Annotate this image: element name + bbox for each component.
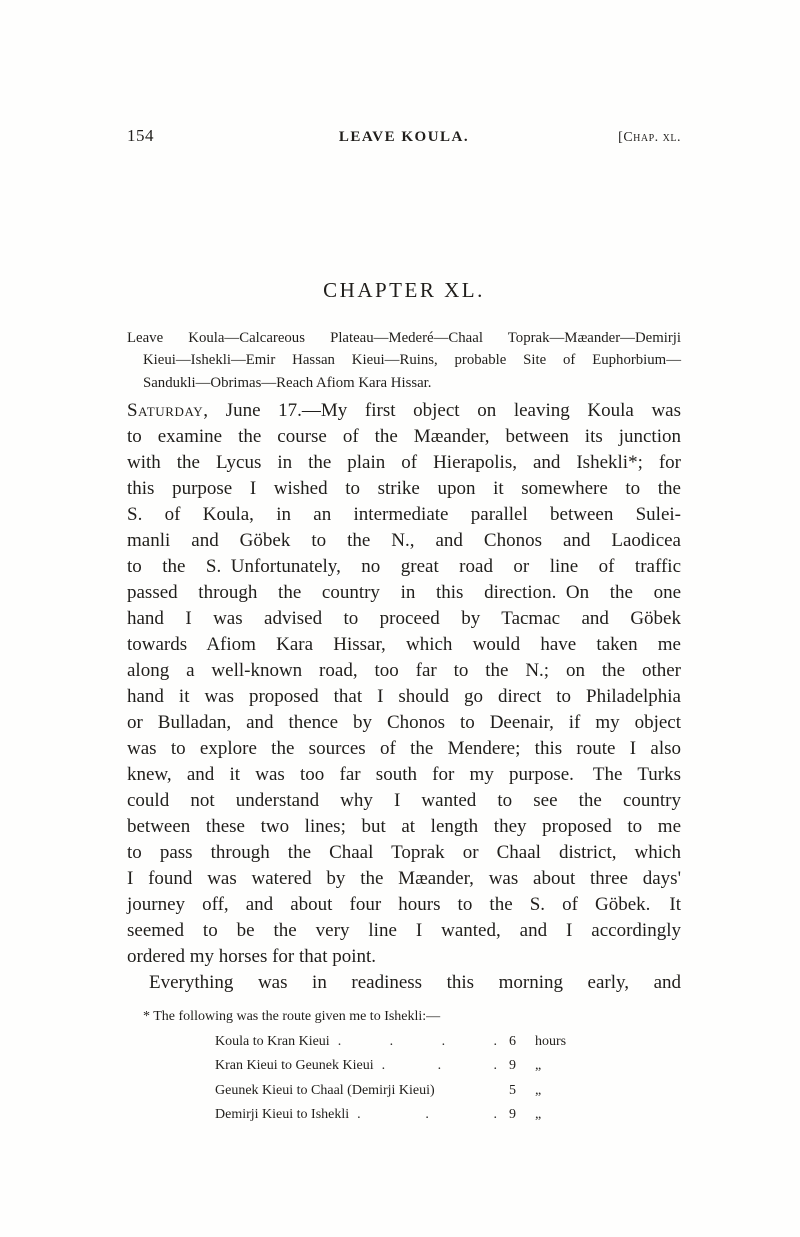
dot-leader: . . . xyxy=(349,1103,509,1128)
body-line: could not understand why I wanted to see… xyxy=(127,788,681,814)
paragraph-1-lines: to examine the course of the Mæander, be… xyxy=(127,424,681,970)
paragraph-2: Everything was in readiness this morning… xyxy=(127,970,681,996)
route-hours-value: 9 xyxy=(509,1054,535,1079)
footnote: * The following was the route given me t… xyxy=(127,1005,681,1128)
route-row: Demirji Kieui to Ishekli . . . 9 „ xyxy=(215,1103,587,1128)
dateline-smallcaps: Saturday xyxy=(127,400,203,421)
summary-line: Leave Koula—Calcareous Plateau—Mederé—Ch… xyxy=(127,327,681,349)
body-line: passed through the country in this direc… xyxy=(127,580,681,606)
footnote-intro: * The following was the route given me t… xyxy=(143,1005,681,1030)
book-page: 154 LEAVE KOULA. [Chap. xl. CHAPTER XL. … xyxy=(0,0,800,1237)
chapter-heading: CHAPTER XL. xyxy=(127,278,681,303)
body-line: S. of Koula, in an intermediate parallel… xyxy=(127,502,681,528)
route-leg: Koula to Kran Kieui xyxy=(215,1030,330,1055)
body-line: seemed to be the very line I wanted, and… xyxy=(127,918,681,944)
dateline-rest: , June 17.—My first object on leaving Ko… xyxy=(203,400,681,421)
body-line: along a well-known road, too far to the … xyxy=(127,658,681,684)
running-title: LEAVE KOULA. xyxy=(222,129,586,146)
route-hours-value: 5 xyxy=(509,1079,535,1104)
route-leg: Kran Kieui to Geunek Kieui xyxy=(215,1054,374,1079)
summary-line: Kieui—Ishekli—Emir Hassan Kieui—Ruins, p… xyxy=(143,349,681,371)
body-line: towards Afiom Kara Hissar, which would h… xyxy=(127,632,681,658)
chapter-reference: [Chap. xl. xyxy=(586,130,681,146)
body-line: ordered my horses for that point. xyxy=(127,944,681,970)
body-line: manli and Göbek to the N., and Chonos an… xyxy=(127,528,681,554)
body-line: this purpose I wished to strike upon it … xyxy=(127,476,681,502)
body-line: hand I was advised to proceed by Tacmac … xyxy=(127,606,681,632)
route-hours-unit: „ xyxy=(535,1079,587,1104)
body-line: to the S. Unfortunately, no great road o… xyxy=(127,554,681,580)
body-line: to examine the course of the Mæander, be… xyxy=(127,424,681,450)
body-line: hand it was proposed that I should go di… xyxy=(127,684,681,710)
body-line: to pass through the Chaal Toprak or Chaa… xyxy=(127,840,681,866)
body-line: knew, and it was too far south for my pu… xyxy=(127,762,681,788)
route-hours-unit: hours xyxy=(535,1030,587,1055)
route-leg: Geunek Kieui to Chaal (Demirji Kieui) xyxy=(215,1079,435,1104)
route-hours-value: 9 xyxy=(509,1103,535,1128)
route-row: Koula to Kran Kieui . . . . 6 hours xyxy=(215,1030,587,1055)
route-leg: Demirji Kieui to Ishekli xyxy=(215,1103,349,1128)
paragraph-2-lines: Everything was in readiness this morning… xyxy=(127,970,681,996)
dot-leader: . . . . xyxy=(330,1030,509,1055)
route-table: Koula to Kran Kieui . . . . 6 hours Kran… xyxy=(215,1030,587,1128)
body-line: or Bulladan, and thence by Chonos to Dee… xyxy=(127,710,681,736)
chapter-summary: Leave Koula—Calcareous Plateau—Mederé—Ch… xyxy=(127,327,681,394)
page-number: 154 xyxy=(127,126,222,146)
route-hours-unit: „ xyxy=(535,1054,587,1079)
body-line: with the Lycus in the plain of Hierapoli… xyxy=(127,450,681,476)
route-hours-value: 6 xyxy=(509,1030,535,1055)
body-line: journey off, and about four hours to the… xyxy=(127,892,681,918)
paragraph-1: Saturday, June 17.—My first object on le… xyxy=(127,398,681,970)
dot-leader: . . . xyxy=(374,1054,509,1079)
summary-line: Sandukli—Obrimas—Reach Afiom Kara Hissar… xyxy=(143,372,681,394)
body-text: Saturday, June 17.—My first object on le… xyxy=(127,398,681,996)
route-hours-unit: „ xyxy=(535,1103,587,1128)
body-line: was to explore the sources of the Mender… xyxy=(127,736,681,762)
route-row: Kran Kieui to Geunek Kieui . . . 9 „ xyxy=(215,1054,587,1079)
page-header: 154 LEAVE KOULA. [Chap. xl. xyxy=(127,126,681,146)
body-line: between these two lines; but at length t… xyxy=(127,814,681,840)
route-row: Geunek Kieui to Chaal (Demirji Kieui) 5 … xyxy=(215,1079,587,1104)
body-line: I found was watered by the Mæander, was … xyxy=(127,866,681,892)
body-line-opening: Saturday, June 17.—My first object on le… xyxy=(127,398,681,424)
body-line: Everything was in readiness this morning… xyxy=(127,970,681,996)
